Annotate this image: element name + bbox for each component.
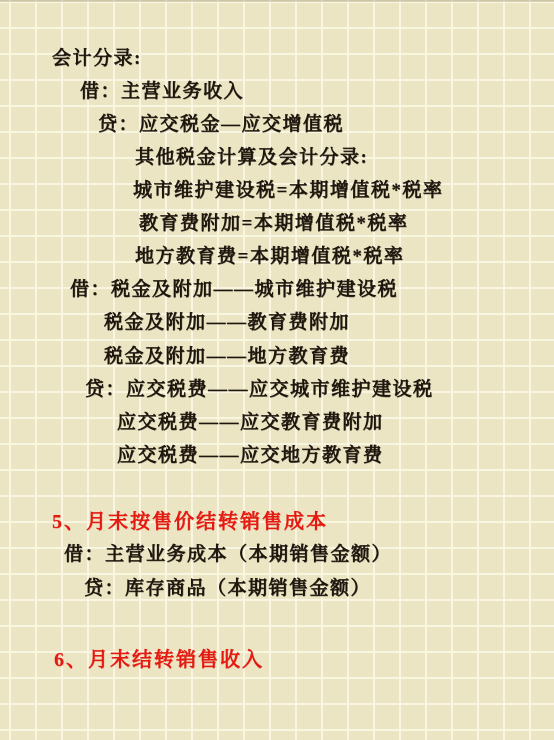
heading-accounting-entries: 会计分录: bbox=[52, 43, 142, 70]
entry-debit-main-business-income: 借：主营业务收入 bbox=[80, 76, 244, 103]
formula-education-surcharge: 教育费附加=本期增值税*税率 bbox=[139, 208, 408, 235]
section-6-heading: 6、月末结转销售收入 bbox=[54, 643, 264, 672]
entry-credit-tax-payable-education: 应交税费——应交教育费附加 bbox=[117, 407, 384, 434]
entry-debit-main-business-cost: 借：主营业务成本（本期销售金额） bbox=[64, 539, 392, 566]
section-5-heading: 5、月末按售价结转销售成本 bbox=[52, 505, 328, 534]
entry-taxes-surcharges-education: 税金及附加——教育费附加 bbox=[104, 307, 350, 334]
formula-urban-maintenance-tax: 城市维护建设税=本期增值税*税率 bbox=[133, 175, 443, 202]
entry-debit-taxes-surcharges-urban: 借：税金及附加——城市维护建设税 bbox=[70, 274, 398, 301]
entry-credit-inventory-goods: 贷：库存商品（本期销售金额） bbox=[84, 573, 371, 600]
entry-taxes-surcharges-local-education: 税金及附加——地方教育费 bbox=[104, 341, 350, 368]
entry-credit-tax-payable-urban: 贷：应交税费——应交城市维护建设税 bbox=[85, 374, 434, 401]
formula-local-education-fee: 地方教育费=本期增值税*税率 bbox=[135, 241, 404, 268]
notebook-page: 会计分录: 借：主营业务收入 贷：应交税金—应交增值税 其他税金计算及会计分录:… bbox=[0, 0, 554, 740]
entry-credit-tax-payable-vat: 贷：应交税金—应交增值税 bbox=[98, 109, 344, 136]
heading-other-tax-calculations: 其他税金计算及会计分录: bbox=[135, 142, 368, 169]
entry-credit-tax-payable-local-education: 应交税费——应交地方教育费 bbox=[117, 440, 384, 467]
